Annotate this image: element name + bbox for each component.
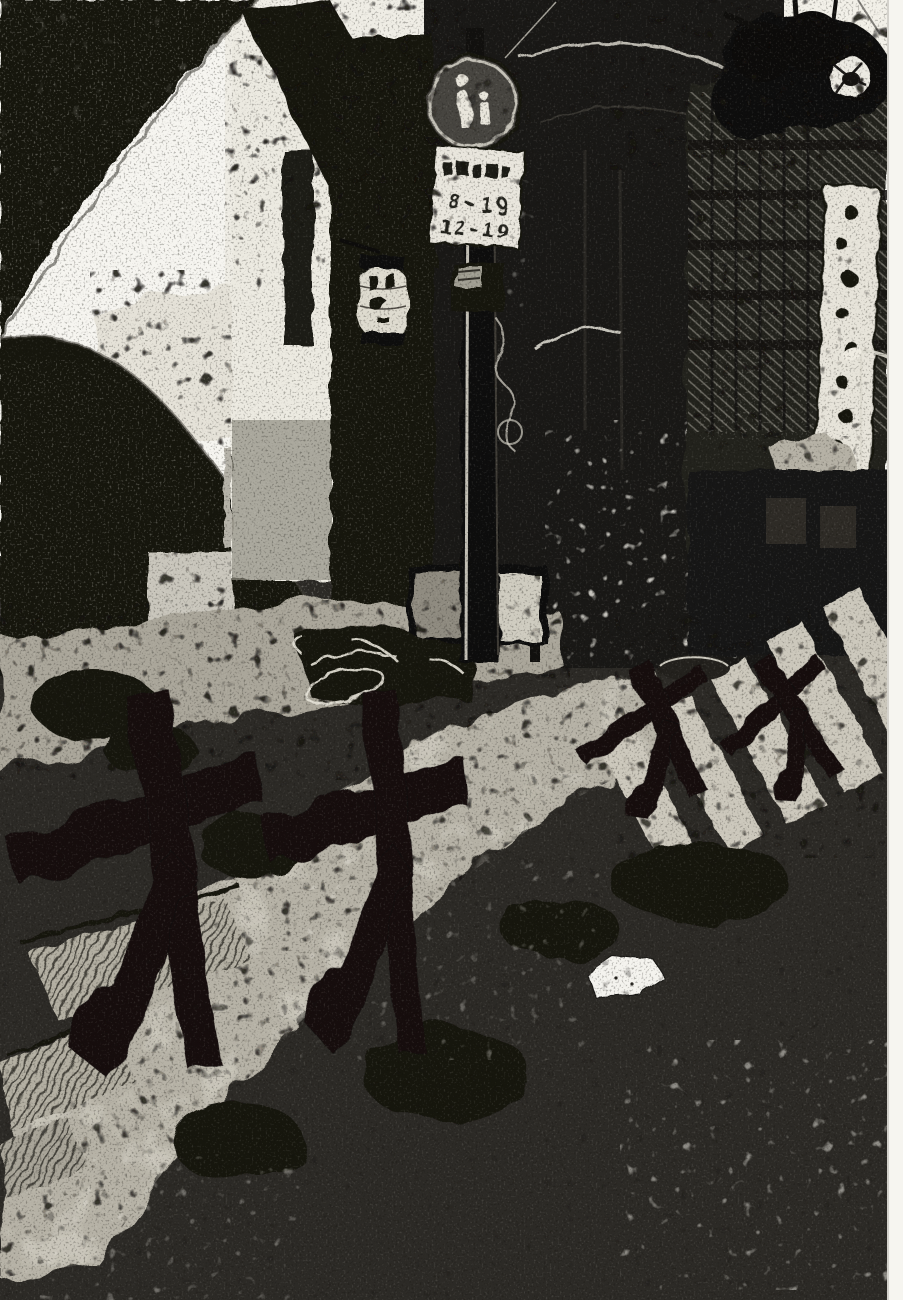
page-margin [887, 0, 903, 1300]
margin-strip [887, 0, 903, 1300]
manga-page: 8-19 12-19 [0, 0, 903, 1300]
scene: 8-19 12-19 [0, 0, 903, 1300]
ink-grain [0, 0, 903, 1300]
